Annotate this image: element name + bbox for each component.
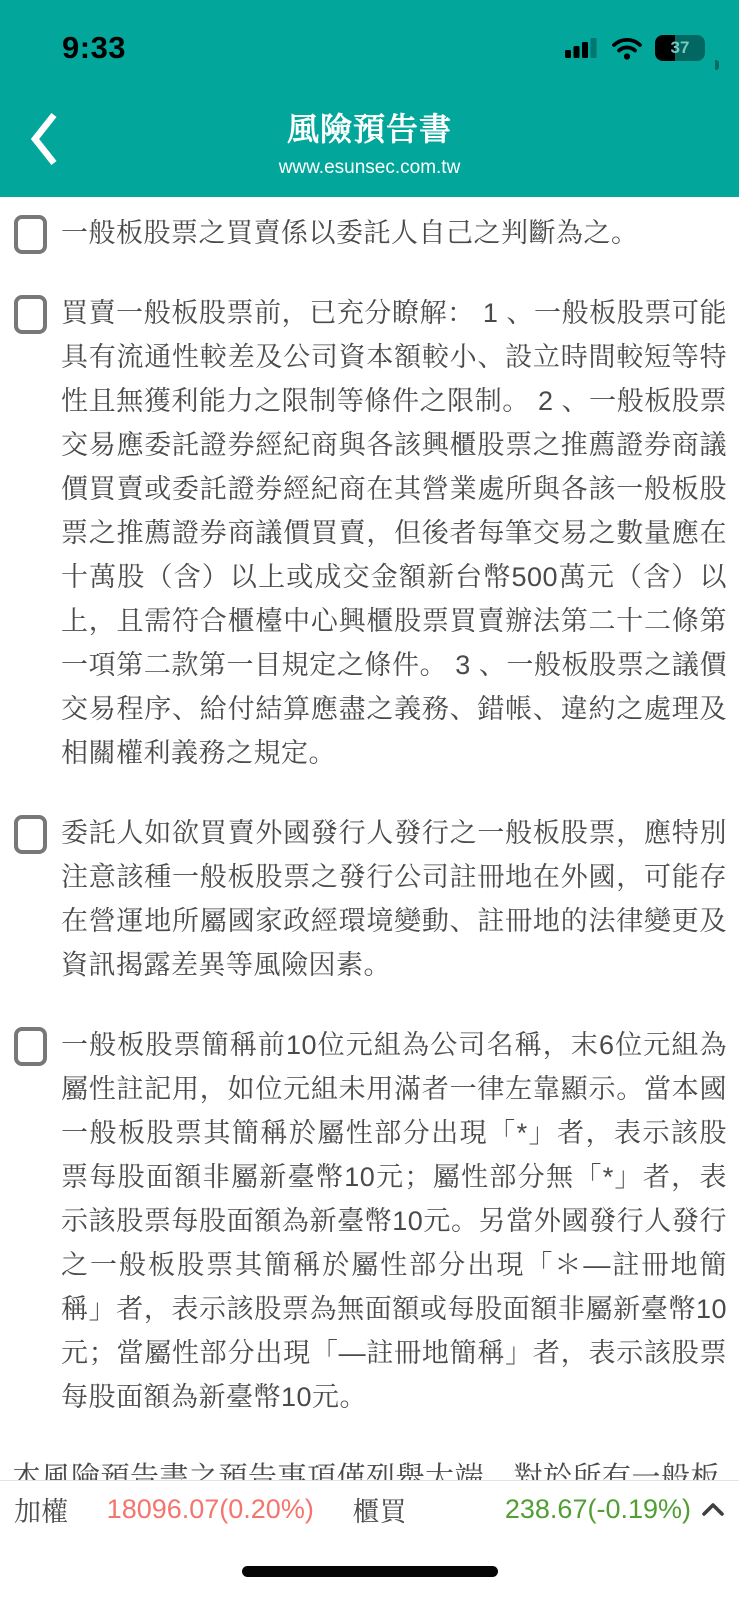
- expand-ticker-button[interactable]: [701, 1502, 725, 1517]
- checklist-item-text: 委託人如欲買賣外國發行人發行之一般板股票，應特別注意該種一般板股票之發行公司註冊…: [61, 811, 727, 987]
- checkbox[interactable]: [14, 1027, 47, 1066]
- chevron-up-icon: [701, 1502, 725, 1517]
- checklist-item: 買賣一般板股票前，已充分瞭解： 1 、一般板股票可能具有流通性較差及公司資本額較…: [14, 291, 727, 775]
- signal-icon: [565, 36, 599, 60]
- status-time: 9:33: [62, 30, 126, 66]
- status-icons: 37: [565, 35, 711, 61]
- wifi-icon: [611, 36, 643, 60]
- bottom-safe-area: [0, 1538, 739, 1600]
- home-indicator[interactable]: [242, 1566, 498, 1577]
- chevron-left-icon: [28, 111, 60, 167]
- checklist-item: 一般板股票簡稱前10位元組為公司名稱，末6位元組為屬性註記用，如位元組未用滿者一…: [14, 1023, 727, 1419]
- checklist-item: 一般板股票之買賣係以委託人自己之判斷為之。: [14, 211, 727, 255]
- otc-value: 238.67(-0.19%): [407, 1494, 702, 1525]
- app-header: 9:33 37: [0, 0, 739, 197]
- back-button[interactable]: [22, 110, 66, 170]
- checkbox[interactable]: [14, 295, 47, 334]
- taiex-value: 18096.07(0.20%): [68, 1494, 353, 1525]
- checklist-item: 委託人如欲買賣外國發行人發行之一般板股票，應特別注意該種一般板股票之發行公司註冊…: [14, 811, 727, 987]
- checklist-item-text: 一般板股票簡稱前10位元組為公司名稱，末6位元組為屬性註記用，如位元組未用滿者一…: [61, 1023, 727, 1419]
- page-subtitle: www.esunsec.com.tw: [0, 157, 739, 179]
- risk-checklist: 一般板股票之買賣係以委託人自己之判斷為之。 買賣一般板股票前，已充分瞭解： 1 …: [0, 197, 739, 1547]
- page-title: 風險預告書: [0, 104, 739, 150]
- market-ticker-bar[interactable]: 加權 18096.07(0.20%) 櫃買 238.67(-0.19%): [0, 1480, 739, 1538]
- checklist-item-text: 一般板股票之買賣係以委託人自己之判斷為之。: [61, 211, 639, 255]
- battery-icon: 37: [655, 35, 705, 61]
- battery-cap: [715, 60, 719, 70]
- taiex-label: 加權: [14, 1490, 68, 1529]
- checkbox[interactable]: [14, 215, 47, 254]
- checklist-item-text: 買賣一般板股票前，已充分瞭解： 1 、一般板股票可能具有流通性較差及公司資本額較…: [61, 291, 727, 775]
- otc-label: 櫃買: [353, 1490, 407, 1529]
- status-bar: 9:33 37: [0, 26, 739, 70]
- battery-percent: 37: [655, 35, 705, 61]
- checkbox[interactable]: [14, 815, 47, 854]
- risk-disclosure-screen: 9:33 37: [0, 0, 739, 1600]
- nav-bar: 風險預告書 www.esunsec.com.tw: [0, 104, 739, 179]
